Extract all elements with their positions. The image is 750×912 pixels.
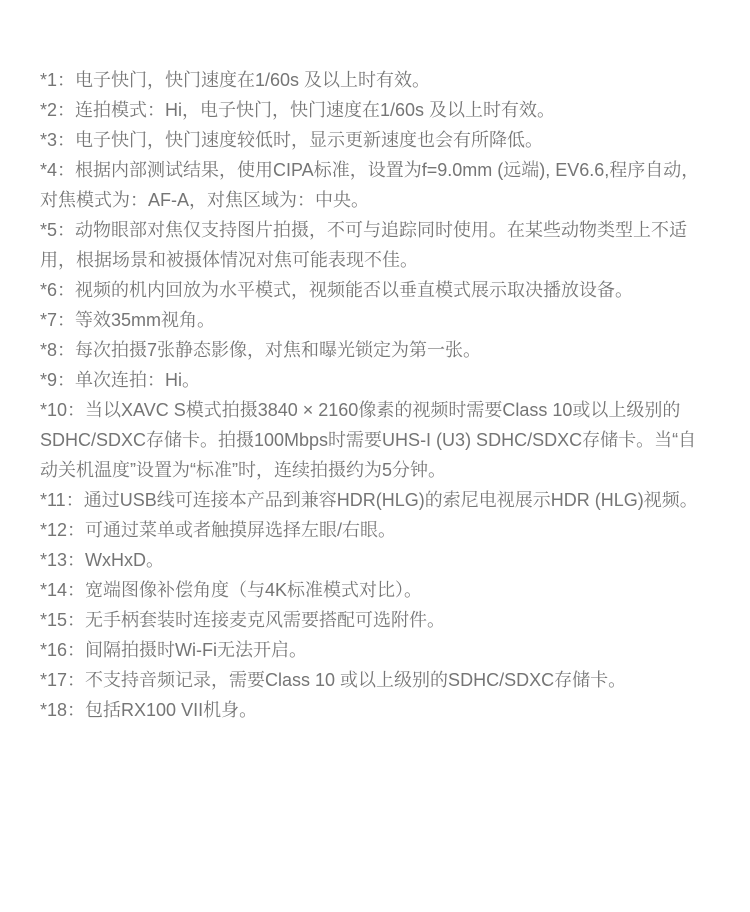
footnote-item: *17：不支持音频记录，需要Class 10 或以上级别的SDHC/SDXC存储… <box>40 665 710 695</box>
footnote-text: 电子快门，快门速度较低时，显示更新速度也会有所降低。 <box>75 130 543 150</box>
footnote-text: 通过USB线可连接本产品到兼容HDR(HLG)的索尼电视展示HDR (HLG)视… <box>84 490 698 510</box>
footnote-label: *9： <box>40 370 75 390</box>
footnote-item: *8：每次拍摄7张静态影像，对焦和曝光锁定为第一张。 <box>40 335 710 365</box>
footnote-item: *9：单次连拍：Hi。 <box>40 365 710 395</box>
footnote-label: *4： <box>40 160 75 180</box>
footnote-text: 可通过菜单或者触摸屏选择左眼/右眼。 <box>85 520 396 540</box>
footnote-label: *5： <box>40 220 75 240</box>
footnote-item: *4：根据内部测试结果，使用CIPA标准，设置为f=9.0mm (远端), EV… <box>40 155 710 215</box>
footnote-text: 动物眼部对焦仅支持图片拍摄，不可与追踪同时使用。在某些动物类型上不适用，根据场景… <box>40 220 687 270</box>
footnote-label: *13： <box>40 550 85 570</box>
footnote-item: *10：当以XAVC S模式拍摄3840 × 2160像素的视频时需要Class… <box>40 395 710 485</box>
footnote-text: 电子快门，快门速度在1/60s 及以上时有效。 <box>75 70 430 90</box>
footnote-label: *11： <box>40 490 84 510</box>
footnote-label: *18： <box>40 700 85 720</box>
footnote-label: *1： <box>40 70 75 90</box>
footnote-text: 连拍模式：Hi，电子快门，快门速度在1/60s 及以上时有效。 <box>75 100 555 120</box>
footnote-label: *12： <box>40 520 85 540</box>
footnote-text: 根据内部测试结果，使用CIPA标准，设置为f=9.0mm (远端), EV6.6… <box>40 160 699 210</box>
footnotes-section: *1：电子快门，快门速度在1/60s 及以上时有效。 *2：连拍模式：Hi，电子… <box>0 0 750 725</box>
footnote-item: *11：通过USB线可连接本产品到兼容HDR(HLG)的索尼电视展示HDR (H… <box>40 485 710 515</box>
footnote-text: 不支持音频记录，需要Class 10 或以上级别的SDHC/SDXC存储卡。 <box>85 670 626 690</box>
footnote-label: *17： <box>40 670 85 690</box>
footnote-item: *6：视频的机内回放为水平模式，视频能否以垂直模式展示取决播放设备。 <box>40 275 710 305</box>
footnote-item: *2：连拍模式：Hi，电子快门，快门速度在1/60s 及以上时有效。 <box>40 95 710 125</box>
footnote-item: *7：等效35mm视角。 <box>40 305 710 335</box>
footnote-item: *1：电子快门，快门速度在1/60s 及以上时有效。 <box>40 65 710 95</box>
footnote-label: *10： <box>40 400 85 420</box>
footnote-text: 视频的机内回放为水平模式，视频能否以垂直模式展示取决播放设备。 <box>75 280 633 300</box>
footnote-item: *12：可通过菜单或者触摸屏选择左眼/右眼。 <box>40 515 710 545</box>
footnote-label: *2： <box>40 100 75 120</box>
footnote-label: *14： <box>40 580 85 600</box>
footnote-label: *8： <box>40 340 75 360</box>
footnote-label: *15： <box>40 610 85 630</box>
footnote-item: *15：无手柄套装时连接麦克风需要搭配可选附件。 <box>40 605 710 635</box>
footnote-item: *16：间隔拍摄时Wi-Fi无法开启。 <box>40 635 710 665</box>
footnote-label: *6： <box>40 280 75 300</box>
footnote-item: *14：宽端图像补偿角度（与4K标准模式对比）。 <box>40 575 710 605</box>
footnotes-list: *1：电子快门，快门速度在1/60s 及以上时有效。 *2：连拍模式：Hi，电子… <box>40 65 710 725</box>
footnote-text: 包括RX100 VII机身。 <box>85 700 257 720</box>
footnote-text: 等效35mm视角。 <box>75 310 215 330</box>
footnote-text: 当以XAVC S模式拍摄3840 × 2160像素的视频时需要Class 10或… <box>40 400 696 480</box>
footnote-item: *18：包括RX100 VII机身。 <box>40 695 710 725</box>
footnote-label: *3： <box>40 130 75 150</box>
footnote-label: *16： <box>40 640 85 660</box>
footnote-item: *3：电子快门，快门速度较低时，显示更新速度也会有所降低。 <box>40 125 710 155</box>
footnote-text: 单次连拍：Hi。 <box>75 370 200 390</box>
footnote-label: *7： <box>40 310 75 330</box>
footnote-item: *13：WxHxD。 <box>40 545 710 575</box>
footnote-text: 无手柄套装时连接麦克风需要搭配可选附件。 <box>85 610 445 630</box>
footnote-text: 宽端图像补偿角度（与4K标准模式对比）。 <box>85 580 422 600</box>
page: { "page": { "background_color": "#ffffff… <box>0 0 750 912</box>
footnote-text: 每次拍摄7张静态影像，对焦和曝光锁定为第一张。 <box>75 340 481 360</box>
footnote-text: 间隔拍摄时Wi-Fi无法开启。 <box>85 640 307 660</box>
footnote-text: WxHxD。 <box>85 550 164 570</box>
footnote-item: *5：动物眼部对焦仅支持图片拍摄，不可与追踪同时使用。在某些动物类型上不适用，根… <box>40 215 710 275</box>
